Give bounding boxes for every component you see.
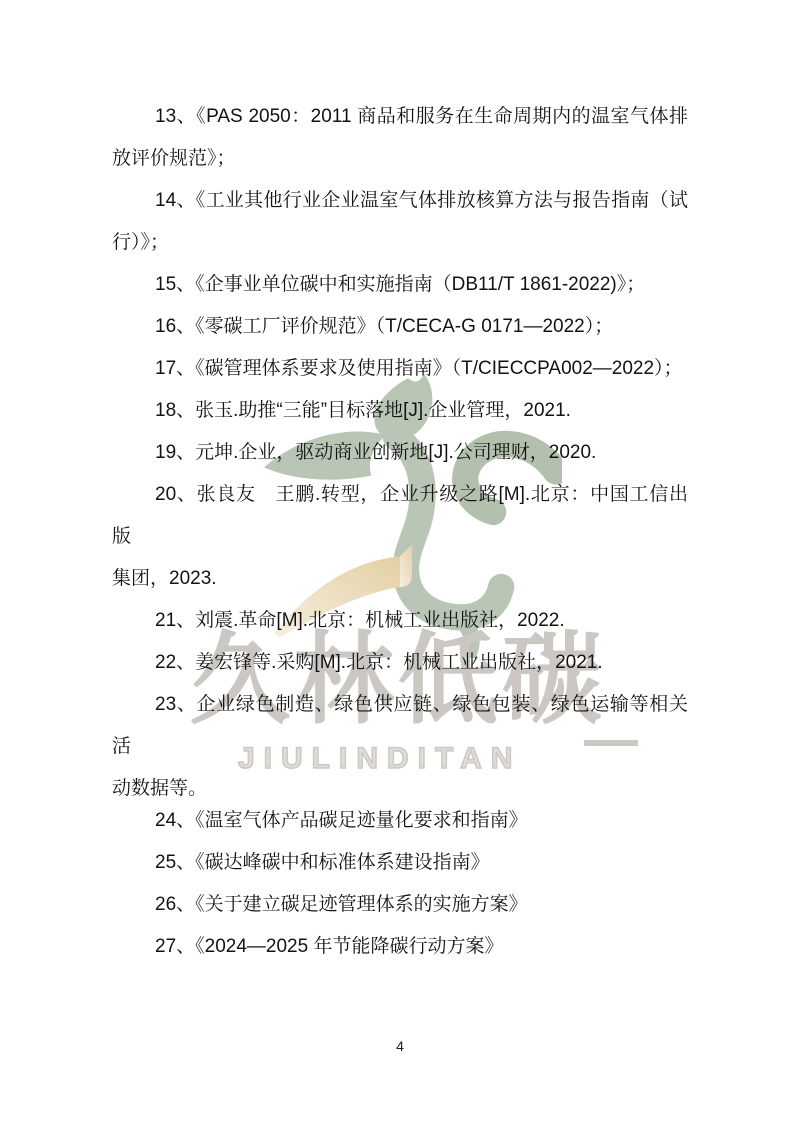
- reference-line: 18、张玉.助推“三能”目标落地[J].企业管理，2021.: [112, 390, 688, 432]
- reference-line: 放评价规范》；: [112, 138, 688, 180]
- reference-line: 24、《温室气体产品碳足迹量化要求和指南》: [112, 800, 688, 842]
- reference-line: 26、《关于建立碳足迹管理体系的实施方案》: [112, 884, 688, 926]
- reference-line: 23、企业绿色制造、绿色供应链、绿色包装、绿色运输等相关活: [112, 684, 688, 768]
- page-number: 4: [0, 1038, 800, 1054]
- reference-line: 行）》；: [112, 222, 688, 264]
- reference-line: 集团，2023.: [112, 558, 688, 600]
- reference-line: 19、元坤.企业，驱动商业创新地[J].公司理财，2020.: [112, 432, 688, 474]
- reference-line: 21、刘震.革命[M].北京：机械工业出版社，2022.: [112, 600, 688, 642]
- reference-line: 14、《工业其他行业企业温室气体排放核算方法与报告指南（试: [112, 180, 688, 222]
- references-list: 13、《PAS 2050：2011 商品和服务在生命周期内的温室气体排 放评价规…: [112, 96, 688, 968]
- reference-line: 15、《企事业单位碳中和实施指南（DB11/T 1861-2022)》；: [112, 264, 688, 306]
- reference-line: 27、《2024—2025 年节能降碳行动方案》: [112, 926, 688, 968]
- document-page: 久林低碳 JIULINDITAN 13、《PAS 2050：2011 商品和服务…: [0, 0, 800, 1132]
- reference-line: 25、《碳达峰碳中和标准体系建设指南》: [112, 842, 688, 884]
- reference-line: 16、《零碳工厂评价规范》（T/CECA-G 0171—2022）；: [112, 306, 688, 348]
- reference-line: 20、张良友 王鹏.转型，企业升级之路[M].北京：中国工信出版: [112, 474, 688, 558]
- reference-line: 17、《碳管理体系要求及使用指南》（T/CIECCPA002—2022）；: [112, 348, 688, 390]
- reference-line: 13、《PAS 2050：2011 商品和服务在生命周期内的温室气体排: [112, 96, 688, 138]
- reference-line: 22、姜宏锋等.采购[M].北京：机械工业出版社，2021.: [112, 642, 688, 684]
